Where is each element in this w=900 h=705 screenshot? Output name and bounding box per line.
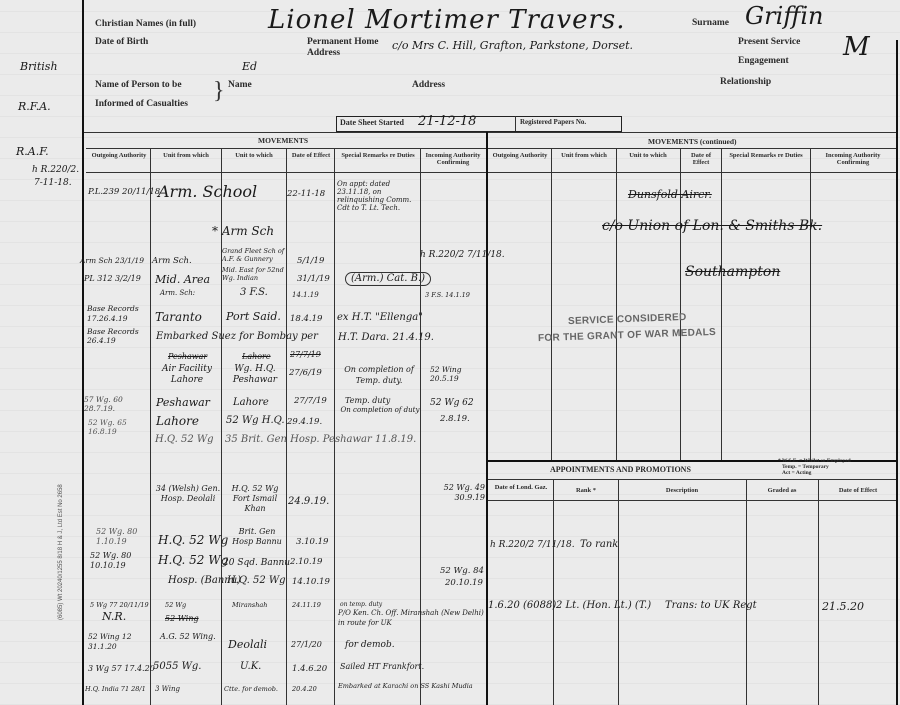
appointments-col-gazette: Date of Lond. Gaz.	[490, 484, 552, 491]
table-cell: 52 Wg 62	[430, 398, 474, 408]
col-line	[818, 479, 819, 705]
service-record-sheet: British R.F.A. R.A.F. h R.220/2. 7-11-18…	[0, 0, 900, 705]
table-cell: 27/7/19	[294, 396, 327, 406]
table-cell: 2.8.19.	[440, 414, 470, 424]
table-cell: H.T. Dara. 21.4.19.	[338, 333, 434, 343]
appointments-col-effect: Date of Effect	[820, 487, 896, 494]
table-cell: 3 Wing	[155, 684, 180, 694]
appointment-row-2-rank: 2 Lt. (Hon. Lt.) (T.)	[556, 601, 651, 611]
christian-names-label: Christian Names (in full)	[95, 19, 196, 29]
table-cell: Embarked Suez for Bombay per	[156, 332, 318, 342]
table-cell: 52 Wg. 80 1.10.19	[96, 527, 146, 547]
casualty-label-1: Name of Person to be	[95, 80, 182, 90]
surname-value: Griffin	[745, 2, 823, 30]
present-service-value: M	[843, 32, 870, 62]
table-cell: 52 Wg. 49 30.9.19	[440, 483, 485, 503]
table-cell: 3 Wg 57 17.4.20	[88, 664, 155, 674]
table-cell: H.Q. 52 Wg	[158, 555, 228, 565]
engagement-label: Engagement	[738, 56, 789, 66]
table-cell: 52 Wing 12 31.1.20	[88, 632, 148, 652]
margin-note-rfa: R.F.A.	[18, 100, 51, 113]
table-cell: H.Q. 52 Wg	[155, 435, 214, 445]
movements-title: MOVEMENTS	[258, 136, 308, 145]
christian-names-value: Lionel Mortimer Travers.	[268, 5, 626, 35]
appointment-row-2-gazette: 1.6.20 (6088)	[488, 601, 556, 611]
continued-col-outgoing: Outgoing Authority	[490, 152, 550, 159]
appointments-title: APPOINTMENTS AND PROMOTIONS	[550, 465, 691, 474]
col-header-unit-from: Unit from which	[153, 152, 219, 159]
address-label: Address	[412, 80, 445, 90]
table-cell: Sailed HT Frankfort.	[340, 662, 424, 672]
date-of-birth-label: Date of Birth	[95, 37, 148, 47]
margin-note-ref: h R.220/2.	[32, 165, 79, 175]
brace: }	[213, 78, 225, 105]
relationship-label: Relationship	[720, 77, 771, 87]
table-cell: 52 Wg H.Q.	[226, 416, 285, 426]
table-cell: 18.4.19	[290, 314, 322, 324]
table-cell: Arm. Sch:	[160, 288, 195, 298]
table-cell: On completion of duty	[340, 406, 420, 415]
appointments-legend-3: Act = Acting	[782, 470, 811, 476]
table-cell: Base Records 26.4.19	[87, 327, 149, 345]
table-cell: 52 Wing 20.5.19	[430, 365, 480, 383]
appointments-col-description: Description	[620, 487, 744, 494]
table-cell: Deolali	[228, 640, 267, 650]
table-cell: On completion of Temp. duty.	[337, 364, 421, 386]
surname-label: Surname	[692, 18, 729, 28]
table-cell: Lahore	[156, 416, 199, 426]
appointments-col-rank: Rank *	[556, 487, 616, 494]
table-cell: for demob.	[345, 640, 395, 650]
continued-col-incoming: Incoming Authority Confirming	[812, 152, 894, 166]
permanent-home-value: c/o Mrs C. Hill, Grafton, Parkstone, Dor…	[392, 39, 633, 52]
right-margin-rule	[896, 40, 898, 705]
table-cell: Mid. Area	[155, 275, 210, 285]
table-cell: Mid. East for 52nd Wg. Indian	[222, 266, 288, 282]
address-note-line-2: c/o Union of Lon. & Smiths Bk.	[602, 218, 822, 234]
col-line	[721, 148, 722, 460]
permanent-home-label: Permanent Home	[307, 37, 379, 47]
table-cell: 27/1/20	[291, 640, 322, 650]
table-cell: N.R.	[102, 612, 126, 622]
table-cell: 3 F.S. 14.1.19	[425, 290, 470, 300]
appointments-col-graded: Graded as	[748, 487, 816, 494]
continued-col-remarks: Special Remarks re Duties	[723, 152, 809, 159]
continued-col-date: Date of Effect	[682, 152, 720, 166]
table-cell: Embarked at Karachi on SS Kashi Mudia	[338, 682, 486, 690]
table-cell: 31/1/19	[297, 274, 330, 284]
war-medals-stamp-line-2: FOR THE GRANT OF WAR MEDALS	[538, 327, 716, 344]
appointment-row-1-rank: To rank	[580, 540, 618, 550]
table-cell: h R.220/2 7/11/18.	[420, 250, 505, 260]
table-cell: 1.4.6.20	[292, 664, 327, 674]
margin-note-nationality: British	[20, 60, 58, 73]
table-cell: 35 Brit. Gen Hosp. Peshawar 11.8.19.	[225, 435, 416, 445]
margin-note-date: 7-11-18.	[34, 178, 72, 188]
appointments-header-rule	[488, 500, 896, 501]
table-cell: PL 312 3/2/19	[84, 274, 141, 284]
table-cell: Peshawar	[168, 352, 207, 362]
table-cell: 3 F.S.	[240, 288, 268, 298]
name-label: Name	[228, 80, 252, 90]
col-header-date: Date of Effect	[289, 152, 333, 159]
continued-header-rule	[488, 172, 896, 173]
table-cell: Port Said.	[226, 312, 281, 322]
table-cell: 2.10.19	[290, 557, 322, 567]
table-cell: 34 (Welsh) Gen. Hosp. Deolali	[155, 484, 221, 504]
continued-col-unit-from: Unit from which	[553, 152, 615, 159]
table-cell: 27/7/19	[290, 350, 321, 360]
table-cell: Brit. Gen Hosp Bannu	[228, 527, 286, 547]
table-cell: Air Facility Lahore	[154, 364, 220, 386]
table-cell: 24.9.19.	[288, 497, 329, 507]
table-cell: Base Records 17.26.4.19	[87, 304, 147, 324]
table-cell: Lahore	[242, 352, 271, 362]
table-cell: Arm Sch.	[152, 256, 192, 266]
table-cell: 5055 Wg.	[153, 662, 202, 672]
col-line	[150, 148, 151, 705]
address-note-line-1: Dunsfold Aircr.	[628, 188, 712, 201]
col-line	[618, 479, 619, 705]
date-box-divider	[515, 116, 516, 131]
table-cell: 57 Wg. 60 28.7.19.	[84, 395, 144, 413]
col-line	[551, 148, 552, 460]
col-header-outgoing: Outgoing Authority	[90, 152, 148, 159]
table-cell: 52 Wg. 65 16.8.19	[88, 418, 148, 436]
appointment-row-1-gazette: h R.220/2 7/11/18.	[490, 540, 575, 550]
table-cell: On appt: dated 23.11.18, on relinquishin…	[337, 180, 421, 212]
table-cell: Miranshah	[232, 600, 268, 610]
appointments-title-rule	[488, 479, 896, 480]
table-top-rule	[84, 132, 896, 133]
appointment-row-2-effect: 21.5.20	[822, 602, 864, 612]
table-cell: 5 Wg 77 20/11/19	[90, 600, 149, 610]
printer-imprint: (6085) Wt 20240/1255 8/18 H & J, Ltd Est…	[58, 484, 64, 620]
table-cell: Peshawar	[156, 398, 210, 408]
table-cell: 5/1/19	[297, 256, 324, 266]
table-cell: 14.1.19	[292, 290, 319, 300]
table-cell: 52 Wing	[165, 614, 199, 624]
table-cell: H.Q. 52 Wg Fort Ismail Khan	[224, 484, 286, 514]
table-cell: 24.11.19	[292, 600, 321, 610]
table-cell: Arm Sch 23/1/19	[80, 256, 144, 266]
present-service-label: Present Service	[738, 37, 800, 47]
table-cell: 20 Sqd. Bannu	[223, 558, 290, 568]
table-cell: 52 Wg	[165, 600, 186, 610]
table-cell: H.Q. 52 Wg	[227, 576, 286, 586]
table-cell: Arm. School	[158, 183, 257, 201]
continued-title-rule	[488, 148, 896, 149]
table-cell: Grand Fleet Sch of A.F. & Gunnery	[222, 247, 288, 263]
movements-continued-title: MOVEMENTS (continued)	[648, 137, 737, 146]
table-cell: H.Q. India 71 28/1	[85, 684, 146, 694]
name-mark: Ed	[242, 60, 257, 73]
permanent-home-address-label: Address	[307, 48, 340, 58]
table-cell: Temp. duty	[345, 396, 390, 406]
table-cell: 14.10.19	[292, 577, 330, 587]
table-cell: 3.10.19	[296, 537, 328, 547]
table-cell: P/O Ken. Ch. Off. Miranshah (New Delhi) …	[338, 608, 486, 628]
table-cell: Ctte. for demob.	[224, 684, 278, 694]
table-cell: 20.10.19	[445, 578, 483, 588]
table-cell: (Arm.) Cat. B.)	[345, 272, 431, 286]
date-sheet-started-value: 21-12-18	[418, 114, 476, 129]
col-line	[334, 148, 335, 705]
table-cell: 27/6/19	[289, 368, 322, 378]
casualty-label-2: Informed of Casualties	[95, 99, 188, 109]
table-cell: A.G. 52 Wing.	[160, 632, 220, 642]
col-line	[810, 148, 811, 460]
table-cell: Wg. H.Q. Peshawar	[224, 364, 286, 386]
col-line	[616, 148, 617, 460]
registered-papers-label: Registered Papers No.	[520, 118, 586, 126]
table-cell: 29.4.19.	[287, 417, 322, 427]
left-margin-rule	[82, 0, 84, 705]
table-row: P.L.239 20/11/18	[88, 187, 160, 197]
col-line	[746, 479, 747, 705]
address-note-line-3: Southampton	[685, 264, 780, 280]
col-header-unit-to: Unit to which	[224, 152, 284, 159]
table-cell: Taranto	[155, 312, 202, 322]
margin-note-raf: R.A.F.	[16, 145, 49, 158]
table-cell: 22-11-18	[287, 189, 325, 199]
col-line	[553, 479, 554, 705]
appointment-row-2-description: Trans: to UK Regt	[665, 601, 757, 611]
col-header-incoming: Incoming Authority Confirming	[422, 152, 484, 166]
war-medals-stamp-line-1: SERVICE CONSIDERED	[568, 312, 687, 327]
col-header-remarks: Special Remarks re Duties	[337, 152, 419, 159]
table-cell: ex H.T. "Ellenga"	[337, 313, 423, 323]
table-cell: Lahore	[233, 398, 269, 408]
center-divider	[486, 132, 488, 705]
table-cell: H.Q. 52 Wg	[158, 535, 228, 545]
continued-col-unit-to: Unit to which	[618, 152, 678, 159]
table-cell: 52 Wg. 80 10.10.19	[90, 551, 150, 571]
table-cell: 52 Wg. 84	[440, 566, 484, 576]
date-sheet-started-label: Date Sheet Started	[340, 118, 404, 127]
table-cell: U.K.	[240, 662, 261, 672]
table-cell: 20.4.20	[292, 684, 317, 694]
table-cell: * Arm Sch	[212, 226, 274, 236]
